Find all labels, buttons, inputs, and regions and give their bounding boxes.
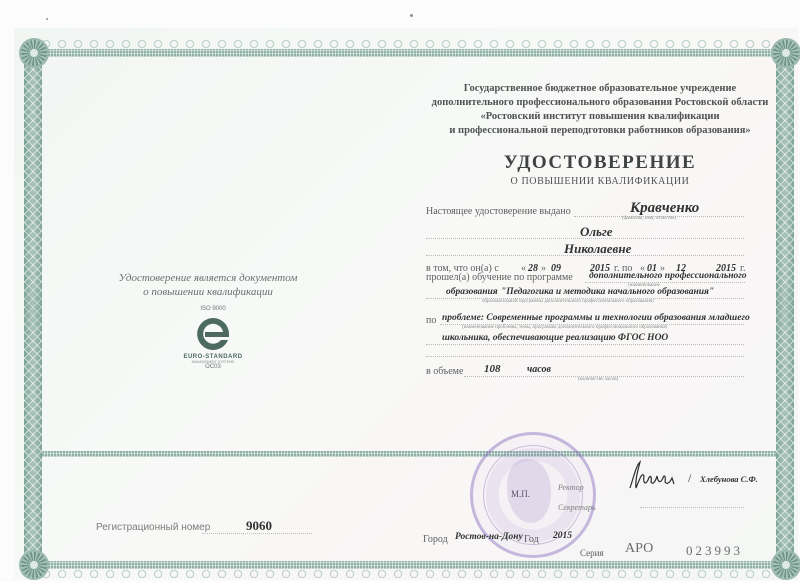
registration-label: Регистрационный номер: [96, 522, 210, 533]
seal-label: М.П.: [511, 489, 530, 499]
certificate-number: 023993: [686, 543, 743, 559]
border-top: [38, 49, 776, 57]
paper-speck: [410, 14, 413, 17]
name-hint: (фамилия, имя, отчество): [622, 216, 676, 221]
registration-number: 9060: [246, 518, 272, 534]
volume-label: в объеме: [426, 366, 463, 377]
issuer-line-3: «Ростовский институт повышения квалифика…: [420, 110, 780, 124]
series-label: Серия: [580, 548, 604, 558]
corner-rosette-icon: [773, 552, 799, 578]
patronymic-line: [426, 255, 744, 256]
topic-blank-line: [426, 356, 744, 357]
certificate-title: УДОСТОВЕРЕНИЕ: [420, 152, 780, 174]
city-value: Ростов-на-Дону: [455, 532, 523, 542]
hours-value: 108: [484, 363, 501, 375]
corner-rosette-icon: [773, 40, 799, 66]
completed-label: прошел(а) обучение по программе: [426, 272, 573, 283]
iso-logo: ISO 9000 EURO-STANDARD MANAGEMENT SYSTEM…: [178, 306, 248, 386]
border-loops-top: [38, 40, 778, 48]
topic-line-2: школьника, обеспечивающие реализацию ФГО…: [442, 333, 668, 343]
issuer-line-4: и профессиональной переподготовки работн…: [420, 124, 780, 138]
signature-slash: /: [688, 471, 691, 486]
recipient-surname: Кравченко: [630, 200, 699, 217]
rector-label: Ректор: [558, 483, 584, 492]
series-value: АРО: [625, 541, 653, 557]
program-type-line-2: образования: [446, 287, 498, 297]
year-value: 2015: [553, 531, 572, 541]
border-middle: [38, 451, 776, 457]
topic-label: по: [426, 315, 436, 326]
program-name: "Педагогика и методика начального образо…: [501, 287, 714, 297]
hours-unit: часов: [527, 364, 551, 375]
rector-name: Хлебунова С.Ф.: [700, 474, 758, 484]
left-caption-line-1: Удостоверение является документом: [78, 271, 338, 285]
rector-signature: [626, 458, 686, 497]
year-label: Год: [524, 534, 539, 545]
city-label: Город: [423, 534, 448, 545]
secretary-label: Секретарь: [558, 503, 596, 512]
corner-rosette-icon: [21, 552, 47, 578]
border-bottom: [38, 561, 776, 569]
issuer-line-2: дополнительного профессионального образо…: [420, 96, 780, 110]
first-name-line: [426, 238, 744, 239]
secretary-line: [640, 507, 744, 508]
corner-rosette-icon: [21, 40, 47, 66]
left-caption-line-2: о повышении квалификации: [78, 285, 338, 299]
program-type-line: [585, 282, 745, 283]
certificate-subtitle: О ПОВЫШЕНИИ КВАЛИФИКАЦИИ: [420, 176, 780, 187]
border-loops-bottom: [38, 570, 778, 578]
issued-to-label: Настоящее удостоверение выдано: [426, 206, 571, 217]
issuer-line-1: Государственное бюджетное образовательно…: [420, 82, 780, 96]
topic-hint: (наименование проблемы, темы, программы …: [462, 325, 667, 330]
hours-hint: (количество часов): [578, 377, 618, 382]
border-left: [24, 52, 42, 562]
paper-speck: [46, 18, 48, 20]
topic-line-1: проблеме: Современные программы и технол…: [442, 313, 750, 323]
program-hint: образовательной программы дополнительног…: [482, 299, 654, 304]
program-type-line-1: дополнительного профессионального: [589, 271, 746, 281]
euro-standard-e-icon: [193, 314, 233, 354]
topic-line-2-rule: [426, 344, 744, 345]
iso-label: ISO 9000: [178, 306, 248, 312]
logo-code: OC03: [178, 364, 248, 370]
